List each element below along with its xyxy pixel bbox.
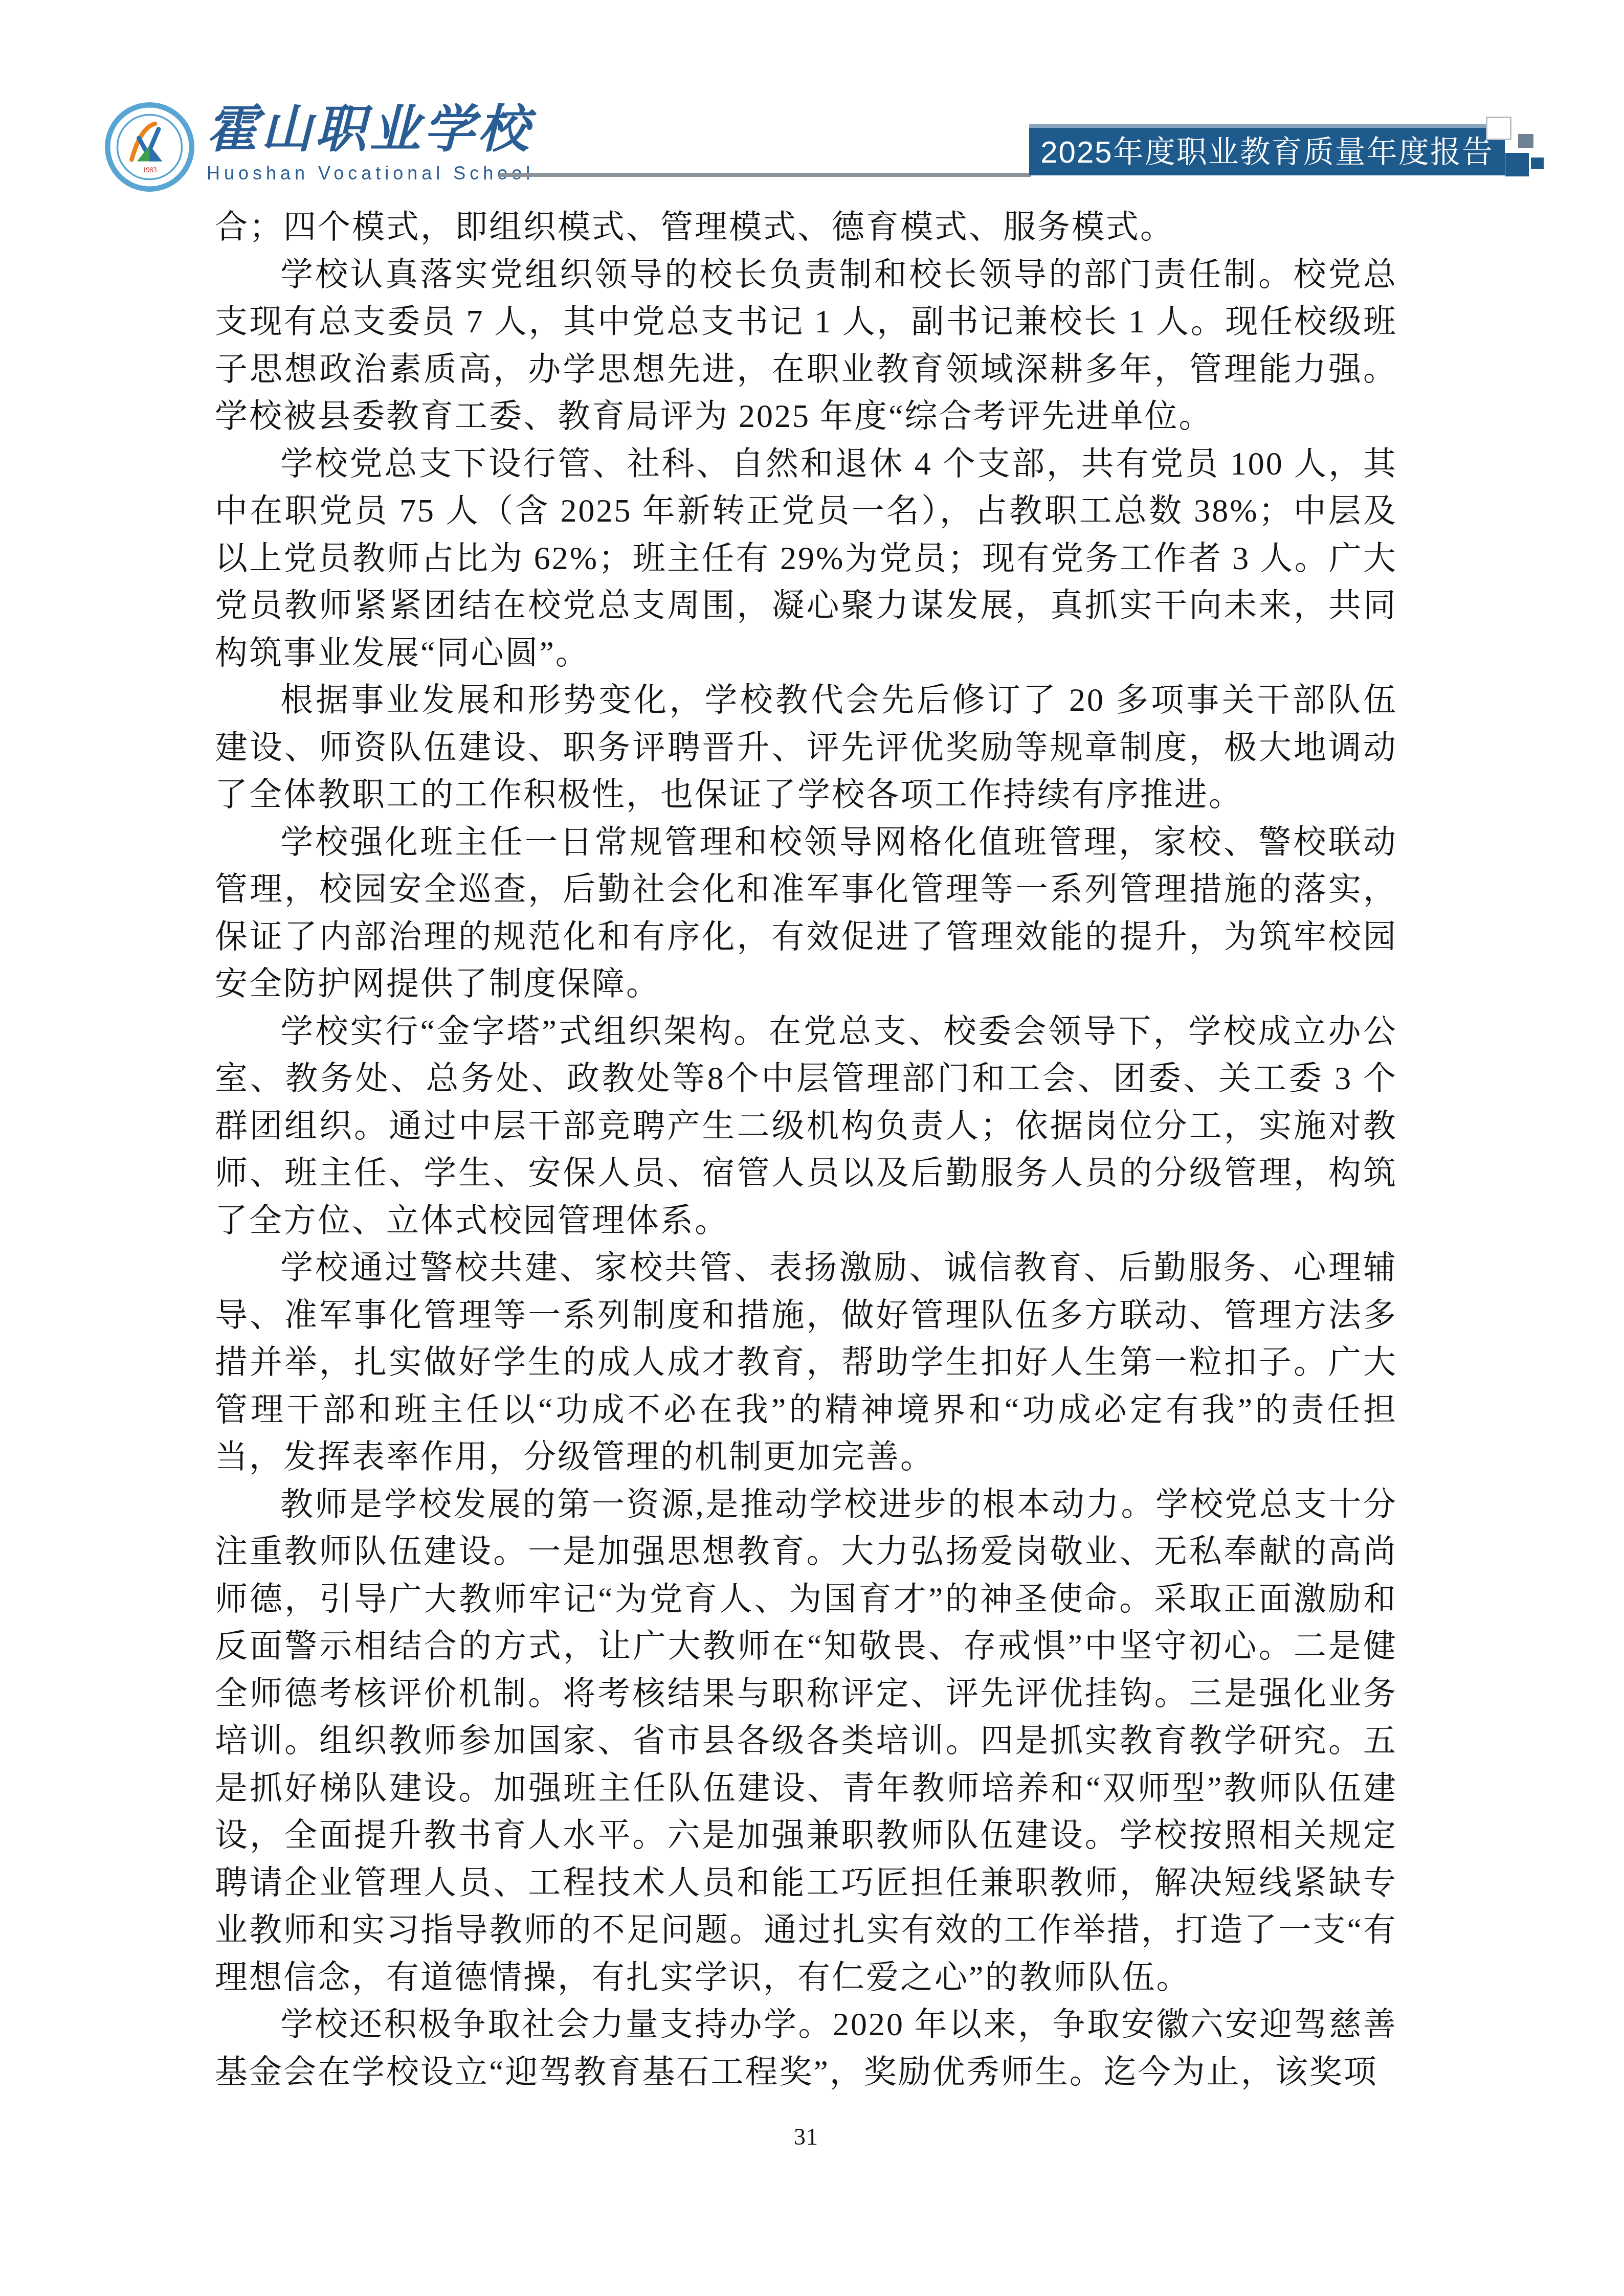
school-logo: 1983 霍山职业学校 Huoshan Vocational School [105,102,534,192]
paragraph-continuation: 合；四个模式，即组织模式、管理模式、德育模式、服务模式。 [215,204,1397,251]
paragraph: 学校党总支下设行管、社科、自然和退休 4 个支部，共有党员 100 人，其中在职… [215,440,1397,677]
document-body: 合；四个模式，即组织模式、管理模式、德育模式、服务模式。 学校认真落实党组织领导… [215,204,1397,2096]
report-page: 1983 霍山职业学校 Huoshan Vocational School 20… [0,0,1624,2296]
report-title-banner: 2025年度职业教育质量年度报告 [1029,124,1505,175]
decor-square-blue-small-icon [1531,157,1544,169]
paragraph: 学校通过警校共建、家校共管、表扬激励、诚信教育、后勤服务、心理辅导、准军事化管理… [215,1244,1397,1481]
decor-square-gray-icon [1518,134,1533,148]
header-divider-line [499,173,1031,177]
paragraph: 学校实行“金字塔”式组织架构。在党总支、校委会领导下，学校成立办公室、教务处、总… [215,1008,1397,1245]
decor-square-white-icon [1486,117,1511,140]
school-name-zh: 霍山职业学校 [207,102,534,157]
paragraph: 教师是学校发展的第一资源,是推动学校进步的根本动力。学校党总支十分注重教师队伍建… [215,1481,1397,2001]
page-number: 31 [215,2123,1397,2150]
decor-square-blue-large-icon [1505,153,1529,176]
paragraph: 学校还积极争取社会力量支持办学。2020 年以来，争取安徽六安迎驾慈善基金会在学… [215,2001,1397,2096]
school-name-en: Huoshan Vocational School [207,163,534,184]
school-logo-text: 霍山职业学校 Huoshan Vocational School [207,102,534,184]
report-title: 2025年度职业教育质量年度报告 [1040,128,1493,172]
paragraph: 根据事业发展和形势变化，学校教代会先后修订了 20 多项事关干部队伍建设、师资队… [215,677,1397,819]
paragraph: 学校强化班主任一日常规管理和校领导网格化值班管理，家校、警校联动管理，校园安全巡… [215,819,1397,1008]
logo-year: 1983 [143,167,157,174]
paragraph: 学校认真落实党组织领导的校长负责制和校长领导的部门责任制。校党总支现有总支委员 … [215,251,1397,440]
school-logo-emblem: 1983 [105,102,194,192]
